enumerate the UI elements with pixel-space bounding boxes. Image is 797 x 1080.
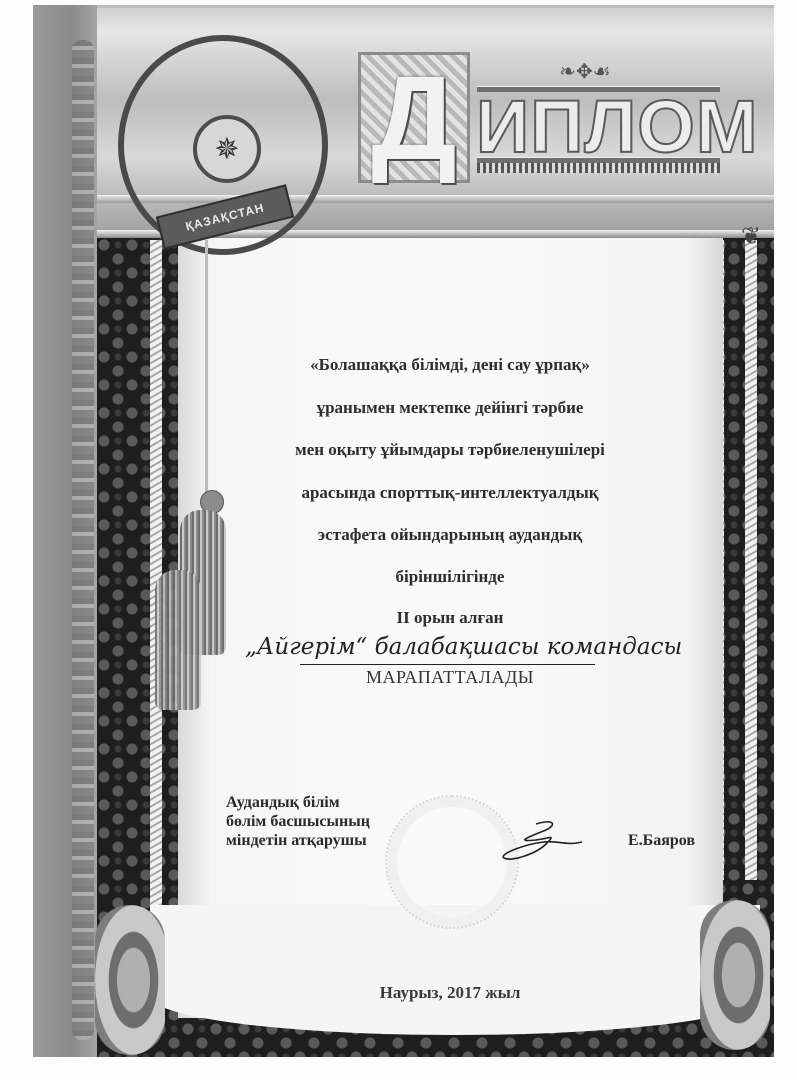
title-text: ИПЛОМ (476, 92, 721, 162)
tassel-icon (155, 570, 201, 710)
corner-ornament-icon: ❦ (733, 223, 769, 251)
title-initial-letter: Д (358, 52, 470, 183)
body-line: арасында спорттық-интеллектуалдық (200, 483, 700, 503)
title-pattern-strip (477, 163, 720, 173)
award-text: МАРАПАТТАЛАДЫ (200, 667, 700, 688)
signatory-name: Е.Баяров (628, 832, 695, 850)
shanyrak-icon: ✵ (193, 115, 261, 183)
scroll-roll-right-icon (700, 900, 770, 1050)
recipient-handwritten: „Айгерім“ балабақшасы командасы (245, 634, 765, 660)
body-line: «Болашаққа білімді, дені сау ұрпақ» (200, 355, 700, 375)
body-line: мен оқыту ұйымдары тәрбиеленушілері (200, 440, 700, 460)
rope-right-outer (745, 240, 757, 880)
issue-date: Наурыз, 2017 жыл (200, 983, 700, 1003)
signatory-title-line: міндетін атқарушы (226, 831, 370, 850)
diploma-page: ❦ ✵ ҚАЗАҚСТАН Д ❧✥☙ ИПЛОМ «Болашаққа біл… (0, 0, 797, 1080)
body-line: ІІ орын алған (200, 608, 700, 628)
body-line: біріншілігінде (200, 567, 700, 587)
signatory-title-line: бөлім басшысының (226, 812, 370, 831)
handwritten-signature-icon (496, 818, 586, 864)
left-ornament-border (72, 40, 94, 1040)
recipient-underline (300, 664, 595, 665)
title-ornament-icon: ❧✥☙ (545, 62, 625, 82)
scroll-roll-left-icon (95, 905, 165, 1055)
signatory-title-line: Аудандық білім (226, 793, 370, 812)
body-line: ұранымен мектепке дейінгі тәрбие (200, 398, 700, 418)
signatory-title: Аудандық білім бөлім басшысының міндетін… (226, 793, 370, 850)
body-line: эстафета ойындарының аудандық (200, 525, 700, 545)
